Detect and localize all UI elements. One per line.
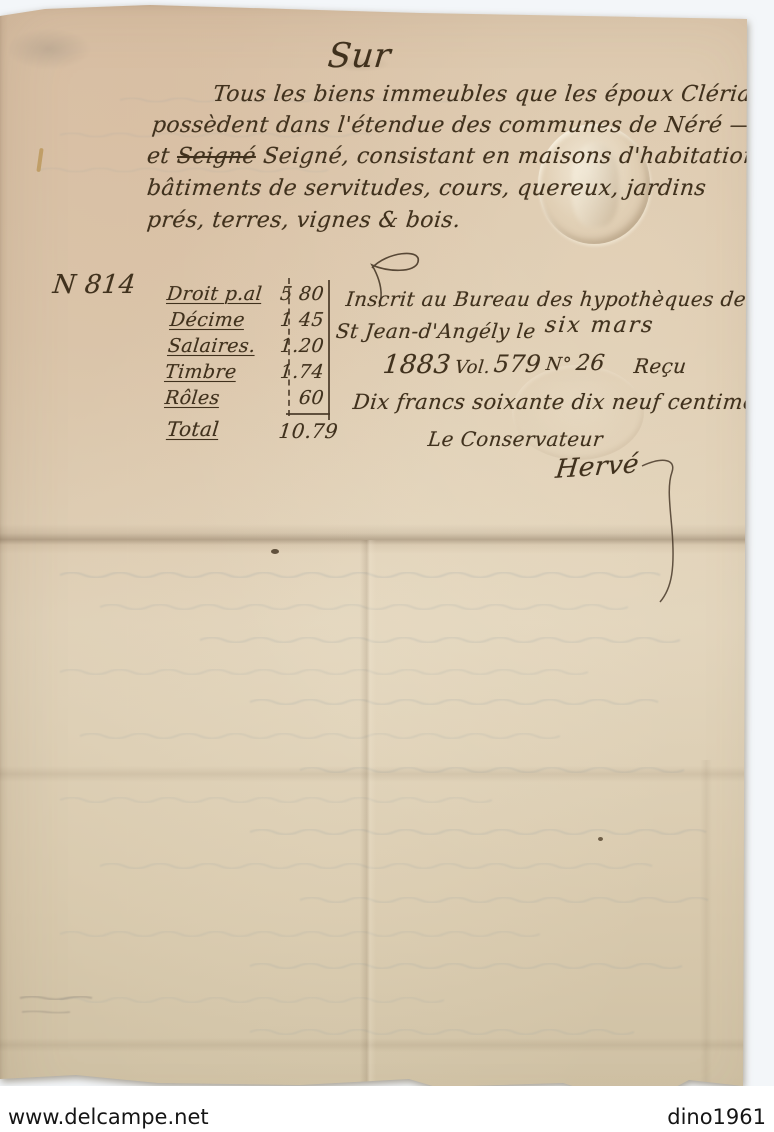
watermark-right-text: dino1961 xyxy=(667,1105,766,1129)
fee-amount: 60 xyxy=(235,387,325,409)
body-line-rest: Seigné, consistant en maisons d'habitati… xyxy=(262,144,771,169)
fee-total-label: Total xyxy=(166,417,221,441)
fee-label: Rôles xyxy=(164,387,221,409)
struck-word: Seigné xyxy=(176,144,257,169)
bleed-through-writing xyxy=(0,0,774,1132)
signoff: Le Conservateur xyxy=(427,427,604,451)
ink-spot xyxy=(271,549,279,554)
smudge xyxy=(6,28,92,70)
fee-column-rule-solid xyxy=(328,280,330,420)
document-heading: Sur xyxy=(326,36,393,76)
fee-label: Timbre xyxy=(164,361,238,383)
case-number-label: N° xyxy=(545,354,573,375)
registration-date: six mars xyxy=(544,313,656,338)
body-line-prefix: et xyxy=(146,144,171,169)
body-line: Tous les biens immeubles que les époux C… xyxy=(212,82,774,107)
fee-amount: 1.74 xyxy=(235,361,325,383)
fee-amount: 1.20 xyxy=(235,335,325,357)
signature: Hervé xyxy=(554,449,641,485)
registration-place: St Jean-d'Angély le xyxy=(335,319,537,343)
volume-label: Vol. xyxy=(454,357,491,378)
document-paper: Sur Tous les biens immeubles que les épo… xyxy=(0,0,774,1132)
body-line: bâtiments de servitudes, cours, quereux,… xyxy=(146,176,708,201)
fee-total-amount: 10.79 xyxy=(267,419,340,443)
watermark-bar: www.delcampe.net dino1961 xyxy=(0,1086,774,1132)
watermark-left-text: www.delcampe.net xyxy=(8,1105,209,1129)
body-line: possèdent dans l'étendue des communes de… xyxy=(151,113,754,138)
fee-amount: 1 45 xyxy=(235,309,325,331)
reference-number: N 814 xyxy=(51,270,137,300)
body-line: prés, terres, vignes & bois. xyxy=(146,208,462,233)
received-label: Reçu xyxy=(633,354,688,378)
fee-total-rule xyxy=(286,413,330,415)
amount-in-words: Dix francs soixante dix neuf centimes xyxy=(352,390,769,414)
registration-year: 1883 xyxy=(381,350,452,380)
scanned-document-page: Sur Tous les biens immeubles que les épo… xyxy=(0,0,774,1132)
registration-line: Inscrit au Bureau des hypothèques de xyxy=(345,287,748,311)
ink-spot xyxy=(598,837,603,841)
fee-column-rule-dashed xyxy=(288,278,290,416)
case-number-value: 26 xyxy=(575,351,606,376)
fee-amount: 5 80 xyxy=(235,283,325,305)
body-line: et Seigné Seigné, consistant en maisons … xyxy=(146,144,771,169)
volume-number: 579 xyxy=(493,350,543,378)
